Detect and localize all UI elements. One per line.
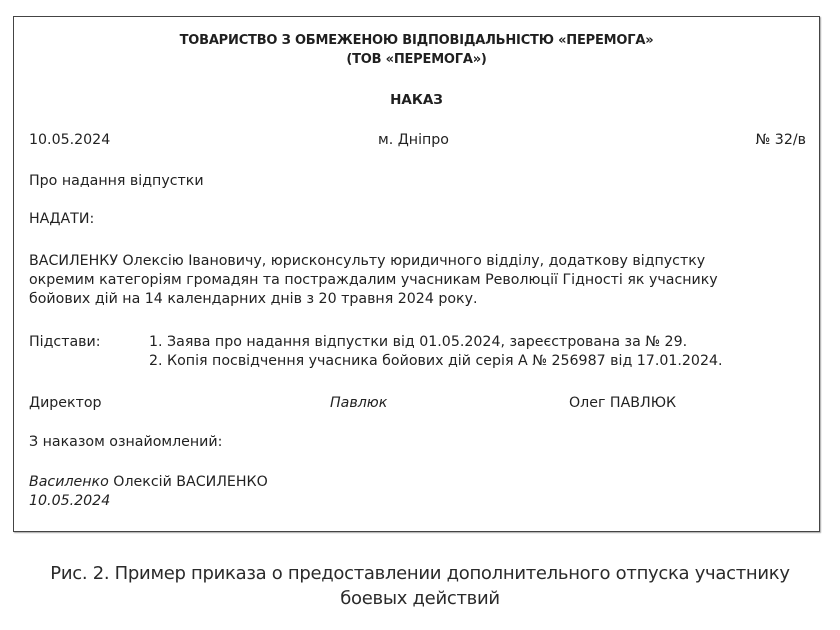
figure-caption-line: Рис. 2. Пример приказа о предоставлении …: [0, 561, 840, 586]
order-body-line: бойових дій на 14 календарних днів з 20 …: [29, 290, 478, 309]
grounds-item: 1. Заява про надання відпустки від 01.05…: [149, 333, 687, 352]
order-date: 10.05.2024: [29, 131, 110, 150]
grounds-label: Підстави:: [29, 333, 101, 352]
grounds-item: 2. Копія посвідчення учасника бойових ді…: [149, 352, 723, 371]
signatory-position: Директор: [29, 394, 102, 413]
signatory-signature: Павлюк: [330, 394, 387, 413]
acknowledgement-label: З наказом ознайомлений:: [29, 433, 222, 452]
order-directive: НАДАТИ:: [29, 210, 94, 229]
acknowledgement-signature: Василенко: [29, 474, 109, 490]
order-city: м. Дніпро: [378, 131, 449, 150]
figure-caption-line: боевых действий: [0, 586, 840, 611]
order-body-line: окремим категоріям громадян та постражда…: [29, 271, 718, 290]
organization-name: ТОВАРИСТВО З ОБМЕЖЕНОЮ ВІДПОВІДАЛЬНІСТЮ …: [14, 31, 819, 50]
organization-short-name: (ТОВ «ПЕРЕМОГА»): [14, 50, 819, 69]
document-type-title: НАКАЗ: [14, 92, 819, 108]
order-number: № 32/в: [756, 131, 806, 150]
signatory-name: Олег ПАВЛЮК: [569, 394, 676, 413]
order-subject: Про надання відпустки: [29, 172, 204, 191]
acknowledgement-signature-line: Василенко Олексій ВАСИЛЕНКО: [29, 473, 268, 492]
acknowledgement-date: 10.05.2024: [29, 492, 110, 511]
acknowledgement-name: Олексій ВАСИЛЕНКО: [113, 474, 268, 490]
order-body-line: ВАСИЛЕНКУ Олексію Івановичу, юрисконсуль…: [29, 252, 705, 271]
order-document: ТОВАРИСТВО З ОБМЕЖЕНОЮ ВІДПОВІДАЛЬНІСТЮ …: [13, 16, 820, 532]
